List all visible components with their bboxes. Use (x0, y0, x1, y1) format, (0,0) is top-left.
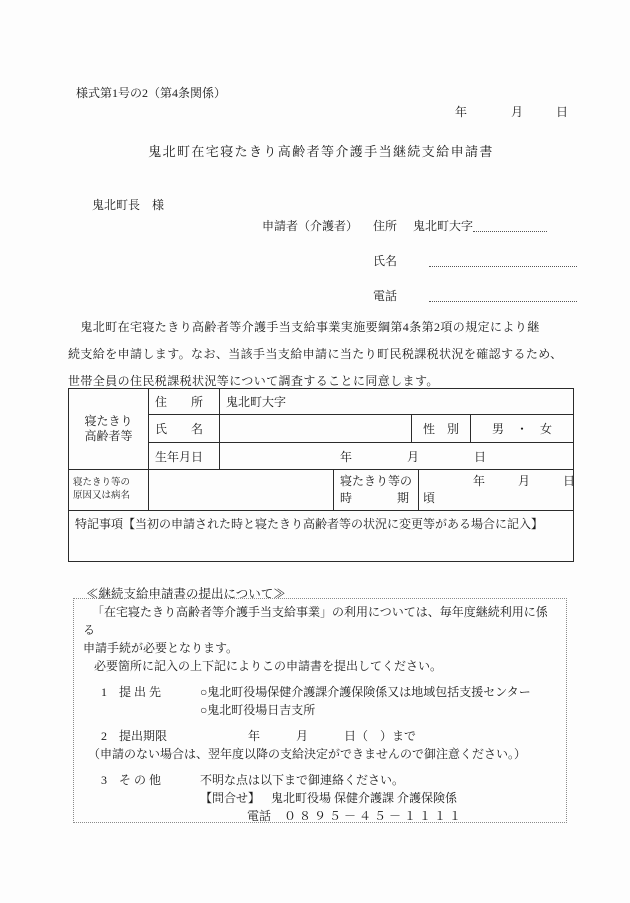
notice-item-1: 1 提 出 先 ○鬼北町役場保健介護課介護保険係又は地域包括支援センター (82, 683, 558, 701)
spacer (82, 675, 558, 683)
phone-label: 電話 (247, 809, 271, 823)
name-label-cell: 氏 名 (149, 415, 220, 442)
address-label-cell: 住 所 (149, 389, 220, 414)
item1-destination-1: ○鬼北町役場保健介護課介護保険係又は地域包括支援センター (200, 683, 531, 701)
notice-line-4: 必要箇所に記入の上下記によりこの申請書を提出してください。 (82, 657, 558, 675)
group-header-cell: 寝たきり 高齢者等 (69, 389, 149, 469)
applicant-address-fill-line (473, 218, 547, 232)
period-approx-label: 頃 (419, 490, 573, 507)
period-value-cell: 年 月 日 頃 (419, 470, 573, 510)
item1-destination-2: ○鬼北町役場日吉支所 (82, 701, 558, 719)
applicant-label: 申請者（介護者） (262, 217, 358, 234)
sex-label-cell: 性 別 (412, 415, 471, 442)
period-month-label: 月 (518, 473, 530, 490)
item1-number-label: 1 提 出 先 (101, 683, 200, 701)
consent-paragraph: 鬼北町在宅寝たきり高齢者等介護手当支給事業実施要綱第4条第2項の規定により継 続… (68, 314, 576, 395)
group-header-line2: 高齢者等 (84, 429, 132, 444)
period-day-label: 日 (563, 473, 573, 490)
period-label-line2: 時 期 (334, 490, 418, 507)
birth-day-label: 日 (474, 448, 486, 465)
group-header-line1: 寝たきり (84, 414, 132, 429)
period-label-cell: 寝たきり等の 時 期 (334, 470, 419, 510)
period-label-right: 期 (397, 490, 409, 507)
item2-caution-note: （申請のない場合は、翌年度以降の支給決定ができませんので御注意ください。） (82, 745, 558, 763)
name-value-cell (220, 415, 412, 442)
notice-item-3: 3 そ の 他 不明な点は以下まで御連絡ください。 (82, 771, 558, 789)
cause-label-line2: 原因又は病名 (73, 490, 130, 503)
period-label-left: 時 (340, 490, 352, 507)
birthdate-row: 生年月日 年 月 日 (149, 443, 573, 469)
consent-line-2: 続支給を申請します。なお、当該手当支給申請に当たり町民税課税状況を確認するため、 (68, 341, 576, 368)
table-top-group-row: 寝たきり 高齢者等 住 所 鬼北町大字 氏 名 性 別 男 ・ 女 生年月日 (69, 389, 573, 470)
period-label-line1: 寝たきり等の (334, 473, 418, 490)
phone-value: ０８９５－４５－１１１１ (284, 809, 464, 823)
address-row: 住 所 鬼北町大字 (149, 389, 573, 415)
notice-item-2: 2 提出期限 年 月 日（ ）まで (82, 727, 558, 745)
applicant-name-fill-line (429, 253, 577, 267)
name-sex-row: 氏 名 性 別 男 ・ 女 (149, 415, 573, 443)
form-number: 様式第1号の2（第4条関係） (76, 84, 226, 101)
item3-other-text: 不明な点は以下まで御連絡ください。 (200, 771, 404, 789)
care-recipient-table: 寝たきり 高齢者等 住 所 鬼北町大字 氏 名 性 別 男 ・ 女 生年月日 (68, 388, 574, 562)
applicant-address-value: 鬼北町大字 (413, 217, 473, 234)
period-date-line: 年 月 日 (419, 473, 573, 490)
cause-label-cell: 寝たきり等の 原因又は病名 (69, 470, 149, 510)
applicant-address-label: 住所 (373, 217, 397, 234)
birth-month-label: 月 (407, 448, 419, 465)
spacer (82, 719, 558, 727)
cause-value-cell (149, 470, 334, 510)
page-title: 鬼北町在宅寝たきり高齢者等介護手当継続支給申請書 (68, 141, 574, 160)
phone-line: 電話 ０８９５－４５－１１１１ (82, 807, 558, 825)
addressee: 鬼北町長 様 (92, 196, 164, 213)
notice-box: 「在宅寝たきり高齢者等介護手当支給事業」の利用については、毎年度継続利用に係 る… (73, 598, 567, 823)
address-value-cell: 鬼北町大字 (220, 389, 573, 414)
consent-line-1: 鬼北町在宅寝たきり高齢者等介護手当支給事業実施要綱第4条第2項の規定により継 (68, 314, 576, 341)
item2-number-label: 2 提出期限 (101, 727, 200, 745)
cause-period-row: 寝たきり等の 原因又は病名 寝たきり等の 時 期 年 月 日 頃 (69, 470, 573, 511)
notes-cell: 特記事項【当初の申請された時と寝たきり高齢者等の状況に変更等がある場合に記入】 (69, 511, 573, 561)
item3-number-label: 3 そ の 他 (101, 771, 200, 789)
cause-label-line1: 寝たきり等の (73, 477, 130, 490)
spacer (82, 763, 558, 771)
birthdate-label-cell: 生年月日 (149, 443, 220, 469)
notice-line-2: る (82, 621, 558, 639)
sex-value-cell: 男 ・ 女 (471, 415, 573, 442)
notice-line-1: 「在宅寝たきり高齢者等介護手当支給事業」の利用については、毎年度継続利用に係 (82, 603, 558, 621)
group-rows: 住 所 鬼北町大字 氏 名 性 別 男 ・ 女 生年月日 年 月 日 (149, 389, 573, 469)
date-month-label: 月 (511, 103, 523, 120)
applicant-phone-label: 電話 (373, 287, 397, 304)
applicant-phone-fill-line (429, 288, 577, 302)
contact-label: 【問合せ】 (200, 791, 260, 805)
contact-line: 【問合せ】 鬼北町役場 保健介護課 介護保険係 (82, 789, 558, 807)
notes-row: 特記事項【当初の申請された時と寝たきり高齢者等の状況に変更等がある場合に記入】 (69, 511, 573, 561)
application-form-page: 様式第1号の2（第4条関係） 年 月 日 鬼北町在宅寝たきり高齢者等介護手当継続… (0, 0, 630, 903)
birth-year-label: 年 (340, 448, 352, 465)
contact-value: 鬼北町役場 保健介護課 介護保険係 (271, 791, 457, 805)
item2-deadline-text: 年 月 日（ ）まで (200, 727, 416, 745)
period-year-label: 年 (473, 473, 485, 490)
birthdate-value-cell: 年 月 日 (220, 443, 573, 469)
applicant-name-label: 氏名 (373, 252, 397, 269)
date-year-label: 年 (455, 103, 467, 120)
notice-line-3: 申請手続が必要となります。 (82, 639, 558, 657)
date-day-label: 日 (556, 103, 568, 120)
